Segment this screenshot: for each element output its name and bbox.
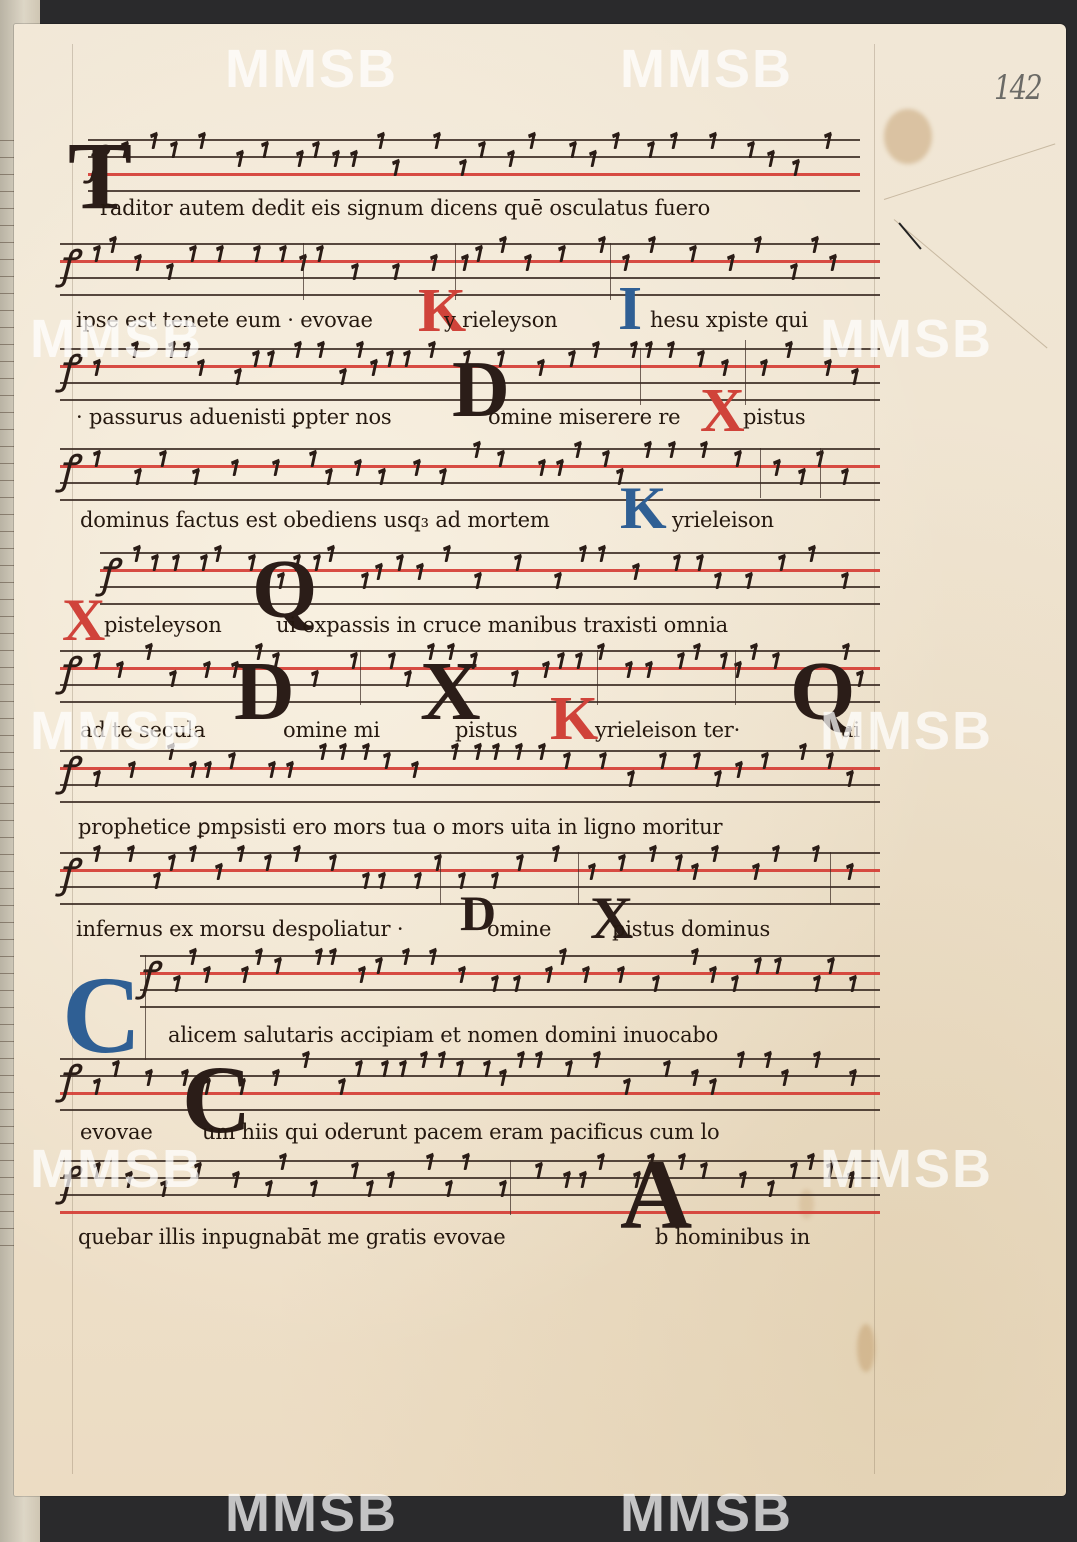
lyric-text: yrieleison: [672, 508, 774, 532]
lyric-text: hesu xpiste qui: [650, 308, 808, 332]
lyric-text: raditor autem dedit eis signum dicens qu…: [100, 196, 710, 220]
initial-x-red: X: [62, 590, 105, 650]
lyric-text: prophetice ꝑmpsisti ero mors tua o mors …: [78, 815, 722, 839]
initial-x-red: X: [700, 380, 745, 442]
staff-line: [60, 801, 880, 803]
staff-line: [60, 448, 880, 450]
lyric-text: y rieleyson: [444, 308, 557, 332]
staff-line-red: [60, 260, 880, 263]
initial-c-blue: C: [62, 960, 141, 1070]
lyric-text: alicem salutaris accipiam et nomen domin…: [168, 1023, 718, 1047]
margin-ruling-right: [874, 44, 875, 1474]
barline: [760, 448, 761, 498]
lyric-text: pistus dominus: [612, 917, 770, 941]
lyric-text: b hominibus in: [655, 1225, 810, 1249]
staff-line-red: [100, 569, 880, 572]
staff-line: [60, 1177, 880, 1179]
lyric-text: um hiis qui oderunt pacem eram pacificus…: [202, 1120, 719, 1144]
lyric-text: ui: [840, 718, 860, 742]
staff-line-red: [60, 1211, 880, 1214]
lyric-text: omine miserere re: [488, 405, 680, 429]
lyric-text: infernus ex morsu despoliatur ·: [76, 917, 403, 941]
lyric-text: ipse est tenete eum · evovae: [76, 308, 373, 332]
barline: [510, 1160, 511, 1215]
staff-line: [60, 499, 880, 501]
f-clef-icon: ꝭ: [58, 652, 77, 692]
lyric-text: dominus factus est obediens usq₃ ad mort…: [80, 508, 550, 532]
staff-line: [140, 955, 880, 957]
barline: [820, 448, 821, 498]
lyric-text: pistus: [743, 405, 805, 429]
staff-line: [88, 156, 860, 158]
staff-line: [60, 852, 880, 854]
fold-crease: [894, 219, 1048, 348]
lyric-text: ui expassis in cruce manibus traxisti om…: [276, 613, 728, 637]
lyric-text: omine mi: [283, 718, 380, 742]
staff-line: [100, 603, 880, 605]
lyric-text: evovae: [80, 1120, 153, 1144]
lyric-text: pisteleyson: [104, 613, 222, 637]
barline: [745, 340, 746, 405]
staff-line-red: [88, 173, 860, 176]
staff-line: [60, 277, 880, 279]
staff-line: [60, 750, 880, 752]
staff-line-red: [60, 767, 880, 770]
lyric-text: ad te secula: [80, 718, 206, 742]
staff-line: [60, 784, 880, 786]
f-clef-icon: ꝭ: [58, 450, 77, 490]
staff-line: [60, 1194, 880, 1196]
staff-line-red: [60, 465, 880, 468]
initial-k-red: K: [550, 688, 598, 750]
staff-line: [100, 586, 880, 588]
barline: [303, 243, 304, 300]
staff-line: [60, 482, 880, 484]
f-clef-icon: ꝭ: [58, 245, 77, 285]
tear-mark: [898, 222, 921, 249]
barline: [440, 852, 441, 905]
lyric-text: pistus: [455, 718, 517, 742]
barline: [360, 650, 361, 705]
lyric-text: yrieleison ter·: [595, 718, 740, 742]
staff-line: [88, 190, 860, 192]
barline: [735, 650, 736, 705]
lyric-text: quebar illis inpugnabāt me gratis evovae: [78, 1225, 506, 1249]
staff-line: [60, 1160, 880, 1162]
barline: [145, 955, 146, 1060]
initial-i-blue: I: [618, 278, 642, 340]
barline: [640, 348, 641, 405]
stain: [857, 1324, 875, 1372]
staff-line: [60, 294, 880, 296]
stain: [884, 109, 932, 164]
staff-line-red: [140, 972, 880, 975]
lyric-text: omine: [487, 917, 551, 941]
barline: [610, 243, 611, 300]
staff-line: [140, 1006, 880, 1008]
initial-k-blue: K: [620, 478, 667, 538]
lyric-text: · passurus aduenisti ꝑpter nos: [76, 405, 391, 429]
c-clef-icon: ꝭ: [58, 1162, 77, 1202]
folio-number: 142: [994, 68, 1041, 108]
barline: [830, 852, 831, 905]
f-clef-icon: ꝭ: [58, 854, 77, 894]
f-clef-icon: ꝭ: [58, 350, 77, 390]
f-clef-icon: ꝭ: [58, 752, 77, 792]
staff-line: [140, 989, 880, 991]
barline: [578, 852, 579, 905]
